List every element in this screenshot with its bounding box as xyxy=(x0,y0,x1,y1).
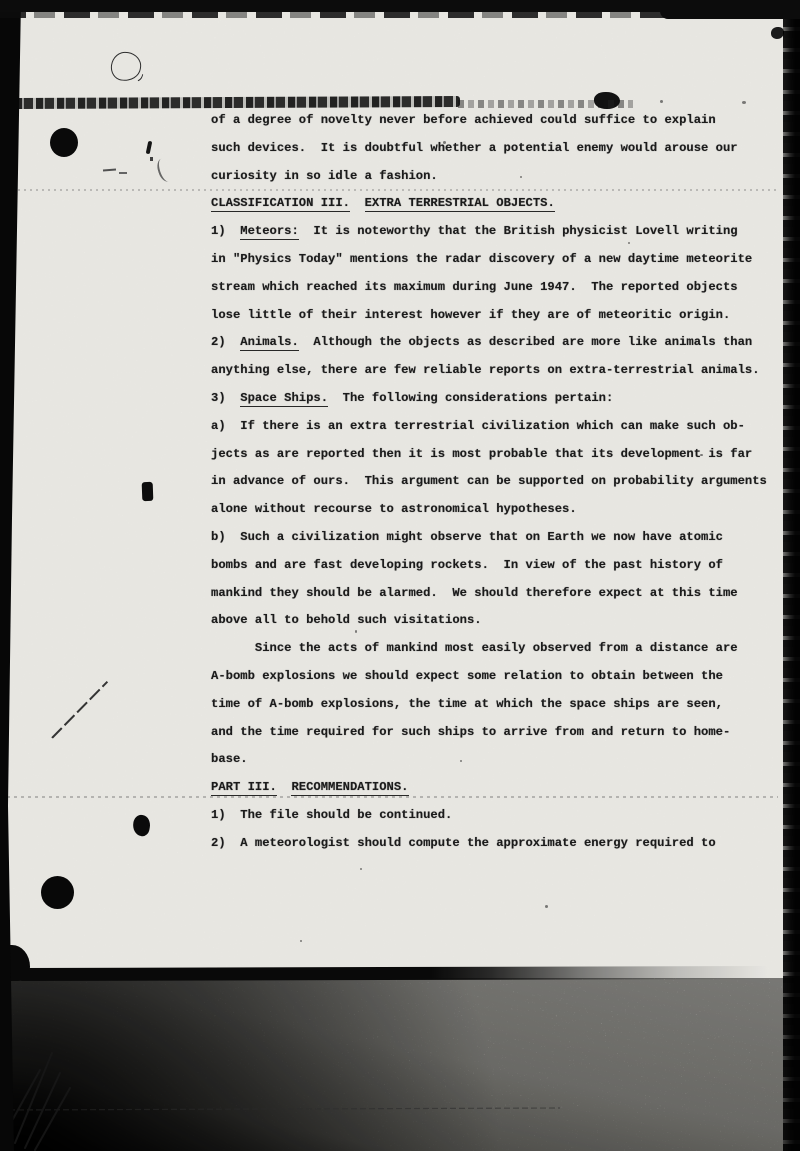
text-line: of a degree of novelty never before achi… xyxy=(211,107,767,135)
text-segment: 2) xyxy=(211,335,240,349)
text-segment: A-bomb explosions we should expect some … xyxy=(211,669,723,683)
pencil-dash-mark-2 xyxy=(119,172,127,174)
right-scan-border xyxy=(783,0,800,1151)
text-line: base. xyxy=(211,746,767,774)
pencil-dash-mark xyxy=(103,169,116,172)
text-line: A-bomb explosions we should expect some … xyxy=(211,663,767,691)
text-line: 3) Space Ships. The following considerat… xyxy=(211,385,767,413)
pen-scribble-tail xyxy=(128,70,144,84)
text-segment: base. xyxy=(211,752,248,766)
underlined-text: CLASSIFICATION III. xyxy=(211,196,350,212)
underlined-text: RECOMMENDATIONS. xyxy=(291,780,408,796)
text-segment: 1) The file should be continued. xyxy=(211,808,452,822)
scanned-document-page: of a degree of novelty never before achi… xyxy=(0,0,800,1151)
text-segment: It is noteworthy that the British physic… xyxy=(299,224,738,238)
text-segment: b) Such a civilization might observe tha… xyxy=(211,530,723,544)
text-line: a) If there is an extra terrestrial civi… xyxy=(211,413,767,441)
text-line: jects as are reported then it is most pr… xyxy=(211,441,767,469)
text-segment: of a degree of novelty never before achi… xyxy=(211,113,716,127)
text-segment xyxy=(277,780,292,794)
ink-tick-dot xyxy=(150,157,153,161)
hole-punch-dot-bottom xyxy=(41,876,74,909)
ink-blob-lower xyxy=(131,814,151,838)
text-line: stream which reached its maximum during … xyxy=(211,274,767,302)
speck xyxy=(660,100,663,103)
text-segment: time of A-bomb explosions, the time at w… xyxy=(211,697,723,711)
text-segment: such devices. It is doubtful whether a p… xyxy=(211,141,738,155)
text-line: mankind they should be alarmed. We shoul… xyxy=(211,580,767,608)
text-segment: anything else, there are few reliable re… xyxy=(211,363,760,377)
underlined-text: PART III. xyxy=(211,780,277,796)
text-segment: in advance of ours. This argument can be… xyxy=(211,474,767,488)
text-line: PART III. RECOMMENDATIONS. xyxy=(211,774,767,802)
underlined-text: Animals. xyxy=(240,335,299,351)
text-segment: lose little of their interest however if… xyxy=(211,308,730,322)
text-segment: stream which reached its maximum during … xyxy=(211,280,738,294)
text-segment: Although the objects as described are mo… xyxy=(299,335,752,349)
text-line: and the time required for such ships to … xyxy=(211,719,767,747)
text-segment: a) If there is an extra terrestrial civi… xyxy=(211,419,745,433)
speck xyxy=(300,940,302,942)
text-line: 1) Meteors: It is noteworthy that the Br… xyxy=(211,218,767,246)
text-segment: curiosity in so idle a fashion. xyxy=(211,169,438,183)
text-segment: bombs and are fast developing rockets. I… xyxy=(211,558,723,572)
bottom-scan-noise xyxy=(0,978,800,1151)
text-segment: mankind they should be alarmed. We shoul… xyxy=(211,586,738,600)
text-segment: and the time required for such ships to … xyxy=(211,725,730,739)
hole-punch-dot-top xyxy=(50,128,78,157)
text-line: in advance of ours. This argument can be… xyxy=(211,468,767,496)
typewritten-text-block: of a degree of novelty never before achi… xyxy=(211,107,767,858)
text-line: Since the acts of mankind most easily ob… xyxy=(211,635,767,663)
ink-tick-mark xyxy=(146,141,153,155)
underlined-text: Meteors: xyxy=(240,224,299,240)
text-segment: alone without recourse to astronomical h… xyxy=(211,502,577,516)
top-scan-border xyxy=(0,0,800,12)
ink-blob-middle xyxy=(142,482,154,501)
diagonal-scratch-mark xyxy=(51,681,108,739)
text-line: bombs and are fast developing rockets. I… xyxy=(211,552,767,580)
speck xyxy=(742,101,746,104)
curved-scratch-mark xyxy=(155,156,176,183)
text-line: CLASSIFICATION III. EXTRA TERRESTRIAL OB… xyxy=(211,190,767,218)
text-line: alone without recourse to astronomical h… xyxy=(211,496,767,524)
text-segment: 2) A meteorologist should compute the ap… xyxy=(211,836,716,850)
text-line: anything else, there are few reliable re… xyxy=(211,357,767,385)
speck xyxy=(545,905,548,908)
text-line: 2) Animals. Although the objects as desc… xyxy=(211,329,767,357)
text-segment: jects as are reported then it is most pr… xyxy=(211,447,752,461)
speck xyxy=(360,868,362,870)
text-line: above all to behold such visitations. xyxy=(211,607,767,635)
text-segment: 3) xyxy=(211,391,240,405)
text-line: in "Physics Today" mentions the radar di… xyxy=(211,246,767,274)
underlined-text: EXTRA TERRESTRIAL OBJECTS. xyxy=(365,196,555,212)
text-line: such devices. It is doubtful whether a p… xyxy=(211,135,767,163)
text-line: lose little of their interest however if… xyxy=(211,302,767,330)
text-segment: 1) xyxy=(211,224,240,238)
bottom-black-bar xyxy=(20,966,768,981)
text-segment: The following considerations pertain: xyxy=(328,391,613,405)
text-line: 1) The file should be continued. xyxy=(211,802,767,830)
text-segment: in "Physics Today" mentions the radar di… xyxy=(211,252,752,266)
text-line: time of A-bomb explosions, the time at w… xyxy=(211,691,767,719)
text-line: b) Such a civilization might observe tha… xyxy=(211,524,767,552)
underlined-text: Space Ships. xyxy=(240,391,328,407)
text-segment xyxy=(350,196,365,210)
text-segment: Since the acts of mankind most easily ob… xyxy=(211,641,738,655)
text-segment: above all to behold such visitations. xyxy=(211,613,482,627)
text-line: curiosity in so idle a fashion. xyxy=(211,163,767,191)
text-line: 2) A meteorologist should compute the ap… xyxy=(211,830,767,858)
